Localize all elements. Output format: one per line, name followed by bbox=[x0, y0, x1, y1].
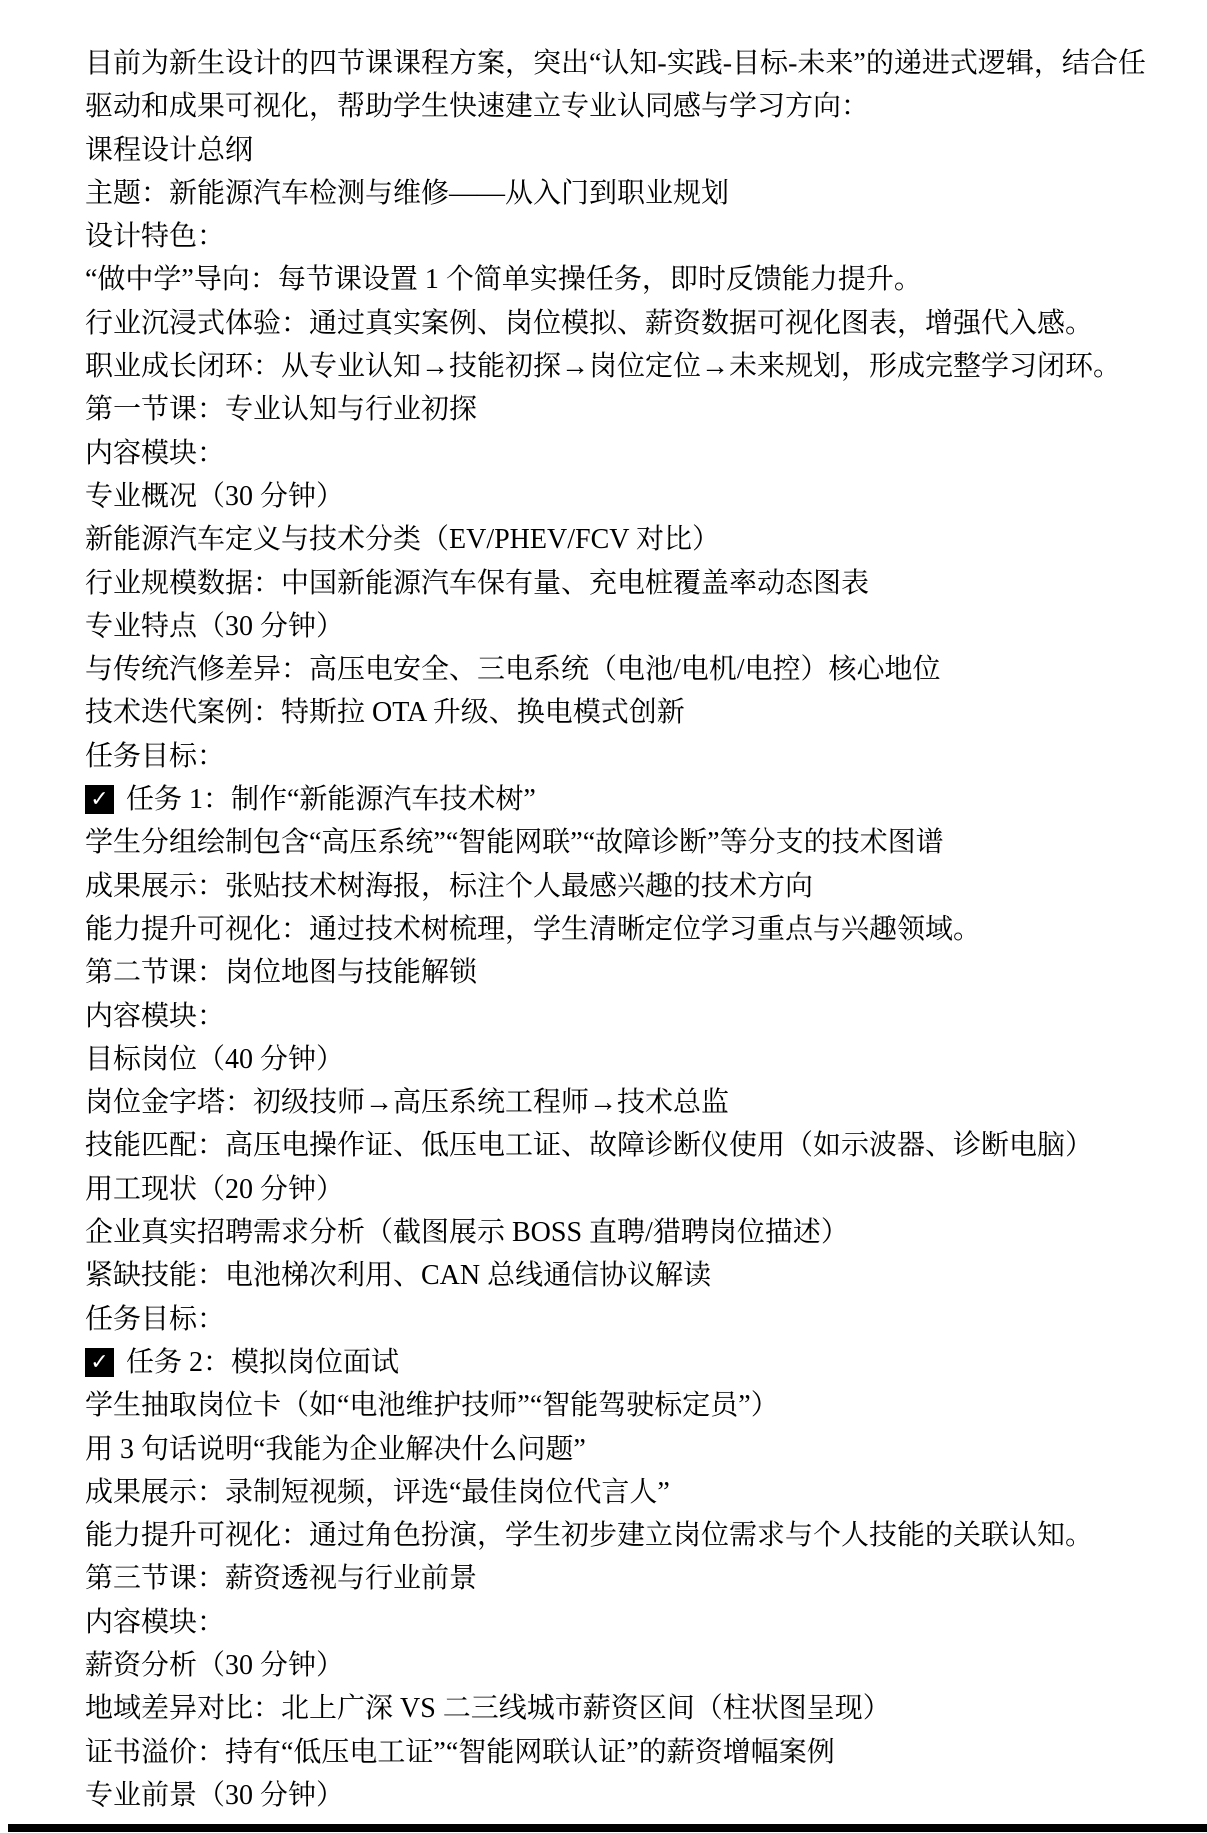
line-text: 证书溢价：持有“低压电工证”“智能网联认证”的薪资增幅案例 bbox=[85, 1737, 835, 1768]
line-text: 设计特色： bbox=[85, 221, 225, 252]
line-text: 目前为新生设计的四节课课程方案，突出“认知-实践-目标-未来”的递进式逻辑，结合… bbox=[85, 48, 1146, 79]
document-line: 职业成长闭环：从专业认知→技能初探→岗位定位→未来规划，形成完整学习闭环。 bbox=[85, 345, 1207, 388]
document-line: 第三节课：薪资透视与行业前景 bbox=[85, 1557, 1207, 1600]
document-line: 企业真实招聘需求分析（截图展示 BOSS 直聘/猎聘岗位描述） bbox=[85, 1211, 1207, 1254]
line-text: 任务 2：模拟岗位面试 bbox=[126, 1347, 399, 1378]
document-line: 目前为新生设计的四节课课程方案，突出“认知-实践-目标-未来”的递进式逻辑，结合… bbox=[85, 42, 1207, 85]
document-line: 薪资分析（30 分钟） bbox=[85, 1644, 1207, 1687]
line-text: 任务目标： bbox=[85, 1304, 225, 1335]
document-line: 任务目标： bbox=[85, 1298, 1207, 1341]
document-line: 任务目标： bbox=[85, 735, 1207, 778]
document-page: 目前为新生设计的四节课课程方案，突出“认知-实践-目标-未来”的递进式逻辑，结合… bbox=[0, 0, 1207, 1833]
line-text: 专业前景（30 分钟） bbox=[85, 1780, 344, 1811]
document-line: 行业规模数据：中国新能源汽车保有量、充电桩覆盖率动态图表 bbox=[85, 562, 1207, 605]
document-line: 紧缺技能：电池梯次利用、CAN 总线通信协议解读 bbox=[85, 1254, 1207, 1297]
line-text: 内容模块： bbox=[85, 1001, 225, 1032]
checked-checkbox-icon: ✓ bbox=[85, 1348, 114, 1377]
line-text: 第二节课：岗位地图与技能解锁 bbox=[85, 957, 477, 988]
document-line: 内容模块： bbox=[85, 1601, 1207, 1644]
document-line: 证书溢价：持有“低压电工证”“智能网联认证”的薪资增幅案例 bbox=[85, 1731, 1207, 1774]
line-text: 行业沉浸式体验：通过真实案例、岗位模拟、薪资数据可视化图表，增强代入感。 bbox=[85, 308, 1093, 339]
checked-checkbox-icon: ✓ bbox=[85, 785, 114, 814]
document-line: 专业特点（30 分钟） bbox=[85, 605, 1207, 648]
line-text: 紧缺技能：电池梯次利用、CAN 总线通信协议解读 bbox=[85, 1260, 711, 1291]
line-text: 职业成长闭环：从专业认知→技能初探→岗位定位→未来规划，形成完整学习闭环。 bbox=[85, 351, 1121, 382]
line-text: 新能源汽车定义与技术分类（EV/PHEV/FCV 对比） bbox=[85, 524, 720, 555]
document-line: 行业沉浸式体验：通过真实案例、岗位模拟、薪资数据可视化图表，增强代入感。 bbox=[85, 302, 1207, 345]
line-text: 行业规模数据：中国新能源汽车保有量、充电桩覆盖率动态图表 bbox=[85, 568, 869, 599]
line-text: 用工现状（20 分钟） bbox=[85, 1174, 344, 1205]
line-text: 能力提升可视化：通过角色扮演，学生初步建立岗位需求与个人技能的关联认知。 bbox=[85, 1520, 1093, 1551]
document-line: 第二节课：岗位地图与技能解锁 bbox=[85, 951, 1207, 994]
document-line: 与传统汽修差异：高压电安全、三电系统（电池/电机/电控）核心地位 bbox=[85, 648, 1207, 691]
document-line: 成果展示：张贴技术树海报，标注个人最感兴趣的技术方向 bbox=[85, 865, 1207, 908]
document-line: 驱动和成果可视化，帮助学生快速建立专业认同感与学习方向： bbox=[85, 85, 1207, 128]
line-text: 能力提升可视化：通过技术树梳理，学生清晰定位学习重点与兴趣领域。 bbox=[85, 914, 981, 945]
line-text: 专业特点（30 分钟） bbox=[85, 611, 344, 642]
document-line: 目标岗位（40 分钟） bbox=[85, 1038, 1207, 1081]
document-line: 主题：新能源汽车检测与维修——从入门到职业规划 bbox=[85, 172, 1207, 215]
line-text: 第三节课：薪资透视与行业前景 bbox=[85, 1563, 477, 1594]
document-line: 学生抽取岗位卡（如“电池维护技师”“智能驾驶标定员”） bbox=[85, 1384, 1207, 1427]
document-line: 岗位金字塔：初级技师→高压系统工程师→技术总监 bbox=[85, 1081, 1207, 1124]
bottom-edge-bar bbox=[8, 1824, 1207, 1832]
line-text: 薪资分析（30 分钟） bbox=[85, 1650, 344, 1681]
document-line: 用工现状（20 分钟） bbox=[85, 1168, 1207, 1211]
line-text: 内容模块： bbox=[85, 1607, 225, 1638]
line-text: 成果展示：录制短视频，评选“最佳岗位代言人” bbox=[85, 1477, 670, 1508]
document-line: 专业前景（30 分钟） bbox=[85, 1774, 1207, 1817]
document-line: 能力提升可视化：通过角色扮演，学生初步建立岗位需求与个人技能的关联认知。 bbox=[85, 1514, 1207, 1557]
document-line: 地域差异对比：北上广深 VS 二三线城市薪资区间（柱状图呈现） bbox=[85, 1687, 1207, 1730]
document-line: 内容模块： bbox=[85, 432, 1207, 475]
line-text: 目标岗位（40 分钟） bbox=[85, 1044, 344, 1075]
document-line: 技术迭代案例：特斯拉 OTA 升级、换电模式创新 bbox=[85, 691, 1207, 734]
document-line: 课程设计总纲 bbox=[85, 129, 1207, 172]
document-line: 学生分组绘制包含“高压系统”“智能网联”“故障诊断”等分支的技术图谱 bbox=[85, 821, 1207, 864]
line-text: 学生分组绘制包含“高压系统”“智能网联”“故障诊断”等分支的技术图谱 bbox=[85, 827, 944, 858]
document-line: 第一节课：专业认知与行业初探 bbox=[85, 388, 1207, 431]
line-text: 内容模块： bbox=[85, 438, 225, 469]
document-line: 设计特色： bbox=[85, 215, 1207, 258]
line-text: 地域差异对比：北上广深 VS 二三线城市薪资区间（柱状图呈现） bbox=[85, 1693, 891, 1724]
line-text: 第一节课：专业认知与行业初探 bbox=[85, 394, 477, 425]
line-text: 企业真实招聘需求分析（截图展示 BOSS 直聘/猎聘岗位描述） bbox=[85, 1217, 849, 1248]
line-text: 主题：新能源汽车检测与维修——从入门到职业规划 bbox=[85, 178, 729, 209]
document-line: ✓任务 2：模拟岗位面试 bbox=[85, 1341, 1207, 1384]
line-text: 任务目标： bbox=[85, 741, 225, 772]
document-line: 新能源汽车定义与技术分类（EV/PHEV/FCV 对比） bbox=[85, 518, 1207, 561]
line-text: 专业概况（30 分钟） bbox=[85, 481, 344, 512]
document-line: “做中学”导向：每节课设置 1 个简单实操任务，即时反馈能力提升。 bbox=[85, 258, 1207, 301]
line-text: 岗位金字塔：初级技师→高压系统工程师→技术总监 bbox=[85, 1087, 729, 1118]
document-line: 成果展示：录制短视频，评选“最佳岗位代言人” bbox=[85, 1471, 1207, 1514]
line-text: 成果展示：张贴技术树海报，标注个人最感兴趣的技术方向 bbox=[85, 871, 813, 902]
line-text: 技能匹配：高压电操作证、低压电工证、故障诊断仪使用（如示波器、诊断电脑） bbox=[85, 1130, 1093, 1161]
line-text: 技术迭代案例：特斯拉 OTA 升级、换电模式创新 bbox=[85, 697, 685, 728]
line-text: 与传统汽修差异：高压电安全、三电系统（电池/电机/电控）核心地位 bbox=[85, 654, 941, 685]
document-line: 用 3 句话说明“我能为企业解决什么问题” bbox=[85, 1428, 1207, 1471]
line-text: 任务 1：制作“新能源汽车技术树” bbox=[126, 784, 536, 815]
line-text: 驱动和成果可视化，帮助学生快速建立专业认同感与学习方向： bbox=[85, 91, 869, 122]
line-text: “做中学”导向：每节课设置 1 个简单实操任务，即时反馈能力提升。 bbox=[85, 264, 922, 295]
line-text: 课程设计总纲 bbox=[85, 135, 253, 166]
line-text: 学生抽取岗位卡（如“电池维护技师”“智能驾驶标定员”） bbox=[85, 1390, 779, 1421]
document-line: 能力提升可视化：通过技术树梳理，学生清晰定位学习重点与兴趣领域。 bbox=[85, 908, 1207, 951]
line-text: 用 3 句话说明“我能为企业解决什么问题” bbox=[85, 1434, 586, 1465]
document-line: ✓任务 1：制作“新能源汽车技术树” bbox=[85, 778, 1207, 821]
document-line: 技能匹配：高压电操作证、低压电工证、故障诊断仪使用（如示波器、诊断电脑） bbox=[85, 1124, 1207, 1167]
document-line: 专业概况（30 分钟） bbox=[85, 475, 1207, 518]
document-line: 内容模块： bbox=[85, 995, 1207, 1038]
